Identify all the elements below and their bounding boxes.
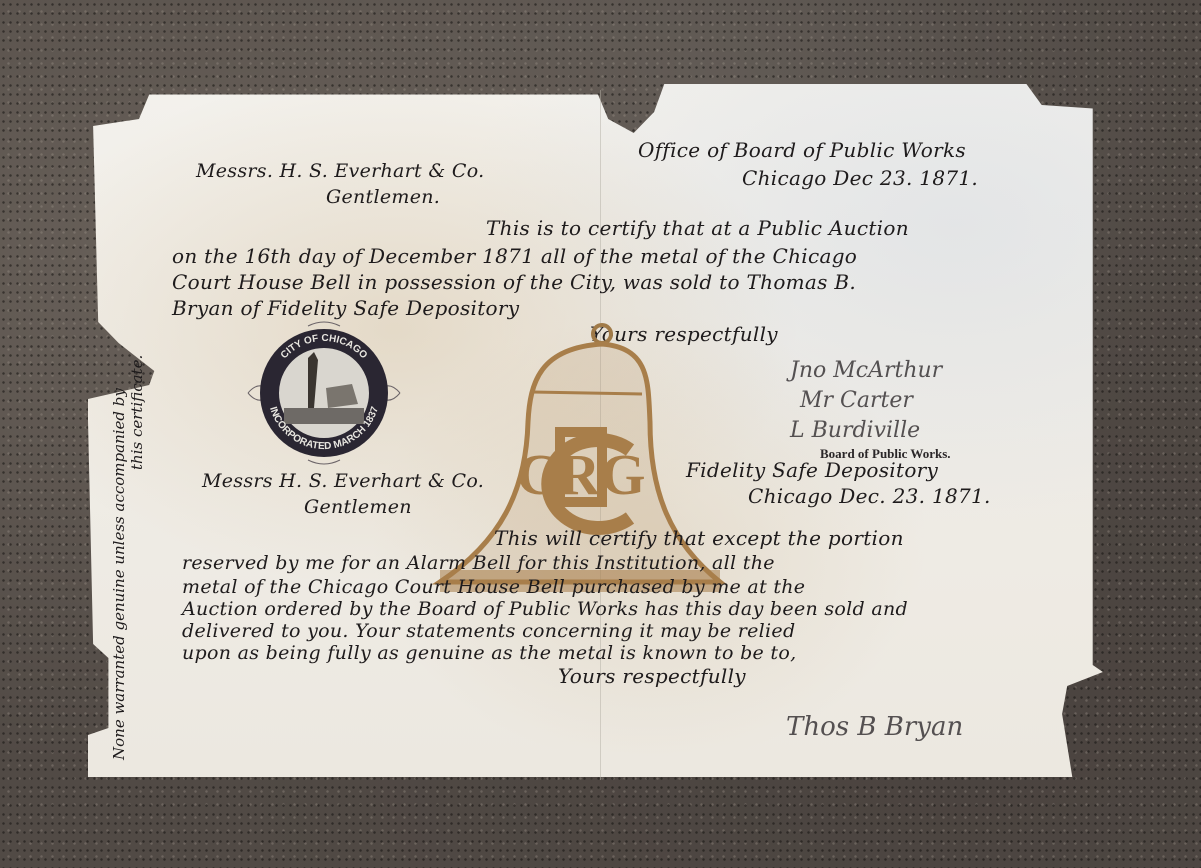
letter1-addressee: Messrs. H. S. Everhart & Co. [196, 160, 484, 182]
margin-note: None warranted genuine unless accompanie… [110, 355, 146, 760]
signature-bryan: Thos B Bryan [786, 712, 963, 742]
letter2-addressee: Messrs H. S. Everhart & Co. [202, 470, 484, 492]
letter1-body-line: This is to certify that at a Public Auct… [486, 216, 909, 240]
letter2-body-line: metal of the Chicago Court House Bell pu… [182, 576, 805, 598]
signature-carter: Mr Carter [800, 388, 913, 413]
letter2-body-line: Auction ordered by the Board of Public W… [182, 598, 908, 620]
letter2-body-line: This will certify that except the portio… [494, 526, 904, 550]
letter1-body-line: Bryan of Fidelity Safe Depository [172, 296, 519, 320]
letter1-body-line: Court House Bell in possession of the Ci… [172, 270, 856, 294]
letter2-closing: Yours respectfully [558, 664, 746, 688]
signature-burdiville: L Burdiville [790, 418, 920, 443]
chicago-city-seal-icon: CITY OF CHICAGO INCORPORATED MARCH 1837 [238, 318, 410, 468]
letter1-body-line: on the 16th day of December 1871 all of … [172, 244, 857, 268]
letter2-salutation: Gentlemen [304, 496, 412, 518]
letter2-place-date: Chicago Dec. 23. 1871. [748, 484, 991, 508]
letter1-salutation: Gentlemen. [326, 186, 440, 208]
letter2-company: Fidelity Safe Depository [686, 458, 938, 482]
letter2-body-line: upon as being fully as genuine as the me… [182, 642, 796, 664]
signature-mcarthur: Jno McArthur [790, 358, 942, 383]
letter1-place-date: Chicago Dec 23. 1871. [742, 166, 978, 190]
margin-note-line1: None warranted genuine unless accompanie… [110, 355, 128, 760]
letter2-body-line: reserved by me for an Alarm Bell for thi… [182, 552, 775, 574]
letter2-body-line: delivered to you. Your statements concer… [182, 620, 795, 642]
margin-note-line2: this certificate. [128, 355, 146, 760]
letter1-office: Office of Board of Public Works [638, 138, 966, 162]
svg-text:CRG: CRG [517, 442, 646, 507]
